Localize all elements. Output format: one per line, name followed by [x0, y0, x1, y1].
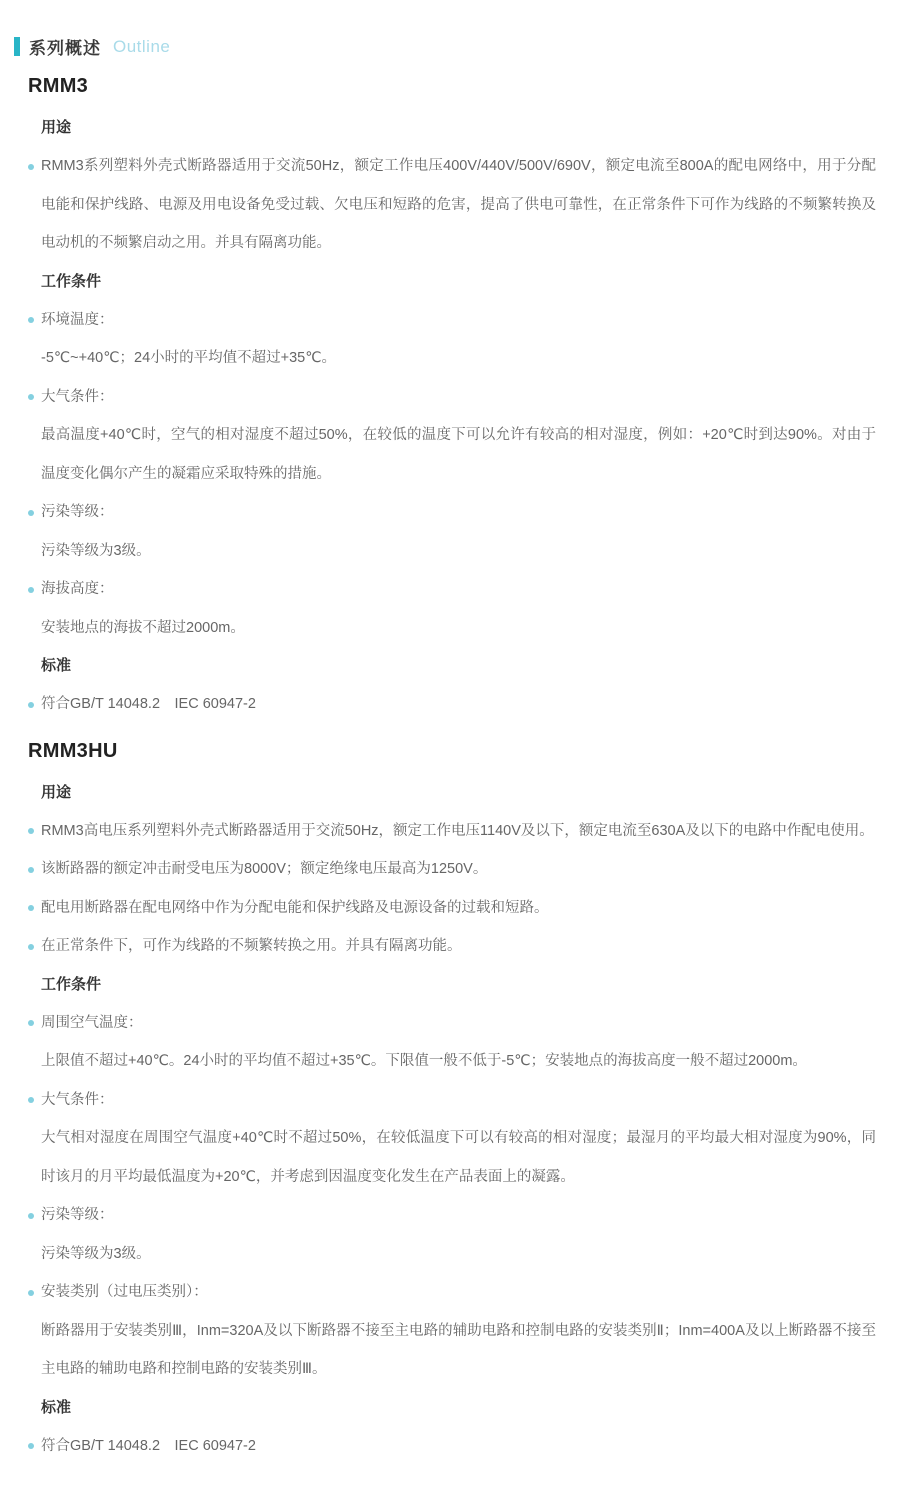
block-text: 大气条件： [41, 389, 114, 405]
bullet-item: RMM3高电压系列塑料外壳式断路器适用于交流50Hz，额定工作电压1140V及以… [14, 812, 878, 851]
bullet-dot-icon [28, 905, 34, 911]
block-text: 海拔高度： [41, 581, 114, 597]
block-text: 大气相对湿度在周围空气温度+40℃时不超过50%，在较低温度下可以有较高的相对湿… [41, 1130, 876, 1185]
paragraph: 大气相对湿度在周围空气温度+40℃时不超过50%，在较低温度下可以有较高的相对湿… [14, 1119, 878, 1196]
block-text: 污染等级： [41, 504, 114, 520]
bullet-item: 在正常条件下，可作为线路的不频繁转换之用。并具有隔离功能。 [14, 927, 878, 966]
bullet-item: 污染等级： [14, 493, 878, 532]
block-text: 污染等级： [41, 1207, 114, 1223]
paragraph: 最高温度+40℃时，空气的相对湿度不超过50%，在较低的温度下可以允许有较高的相… [14, 416, 878, 493]
section-title-zh: 系列概述 [29, 34, 101, 59]
section-header: 系列概述 Outline [14, 34, 878, 59]
bullet-dot-icon [28, 317, 34, 323]
block-text: -5℃~+40℃；24小时的平均值不超过+35℃。 [41, 350, 336, 366]
subheading: 用途 [14, 109, 878, 147]
subheading: 用途 [14, 774, 878, 812]
subheading: 标准 [14, 1389, 878, 1427]
block-text: RMM3高电压系列塑料外壳式断路器适用于交流50Hz，额定工作电压1140V及以… [41, 823, 874, 839]
subheading: 工作条件 [14, 263, 878, 301]
bullet-item: 污染等级： [14, 1196, 878, 1235]
paragraph: 断路器用于安装类别Ⅲ，Inm=320A及以下断路器不接至主电路的辅助电路和控制电… [14, 1312, 878, 1389]
bullet-dot-icon [28, 587, 34, 593]
bullet-dot-icon [28, 1443, 34, 1449]
block-text: RMM3系列塑料外壳式断路器适用于交流50Hz，额定工作电压400V/440V/… [41, 158, 876, 251]
accent-bar-icon [14, 37, 20, 56]
block-text: 最高温度+40℃时，空气的相对湿度不超过50%，在较低的温度下可以允许有较高的相… [41, 427, 876, 482]
bullet-item: 周围空气温度： [14, 1004, 878, 1043]
block-text: 安装类别（过电压类别）： [41, 1284, 208, 1300]
bullet-dot-icon [28, 1020, 34, 1026]
bullet-item: 符合GB/T 14048.2 IEC 60947-2 [14, 1427, 878, 1466]
bullet-item: 大气条件： [14, 378, 878, 417]
bullet-dot-icon [28, 944, 34, 950]
bullet-item: 大气条件： [14, 1081, 878, 1120]
block-text: 周围空气温度： [41, 1015, 143, 1031]
product-title: RMM3 [14, 71, 878, 101]
bullet-dot-icon [28, 1097, 34, 1103]
block-text: 符合GB/T 14048.2 IEC 60947-2 [41, 1438, 256, 1454]
document-content: RMM3用途RMM3系列塑料外壳式断路器适用于交流50Hz，额定工作电压400V… [14, 71, 878, 1465]
block-text: 配电用断路器在配电网络中作为分配电能和保护线路及电源设备的过载和短路。 [41, 900, 549, 916]
paragraph: 污染等级为3级。 [14, 1235, 878, 1274]
block-text: 在正常条件下，可作为线路的不频繁转换之用。并具有隔离功能。 [41, 938, 462, 954]
block-text: 污染等级为3级。 [41, 543, 151, 559]
paragraph: 污染等级为3级。 [14, 532, 878, 571]
bullet-dot-icon [28, 394, 34, 400]
bullet-item: 该断路器的额定冲击耐受电压为8000V；额定绝缘电压最高为1250V。 [14, 850, 878, 889]
block-text: 环境温度： [41, 312, 114, 328]
product-title: RMM3HU [14, 736, 878, 766]
bullet-dot-icon [28, 1213, 34, 1219]
bullet-dot-icon [28, 1290, 34, 1296]
block-text: 污染等级为3级。 [41, 1246, 151, 1262]
document-page: 系列概述 Outline RMM3用途RMM3系列塑料外壳式断路器适用于交流50… [0, 0, 900, 1495]
bullet-item: 海拔高度： [14, 570, 878, 609]
subheading: 标准 [14, 647, 878, 685]
block-text: 上限值不超过+40℃。24小时的平均值不超过+35℃。下限值一般不低于-5℃；安… [41, 1053, 807, 1069]
block-text: 安装地点的海拔不超过2000m。 [41, 620, 245, 636]
block-text: 断路器用于安装类别Ⅲ，Inm=320A及以下断路器不接至主电路的辅助电路和控制电… [41, 1323, 876, 1378]
paragraph: -5℃~+40℃；24小时的平均值不超过+35℃。 [14, 339, 878, 378]
bullet-item: 配电用断路器在配电网络中作为分配电能和保护线路及电源设备的过载和短路。 [14, 889, 878, 928]
paragraph: 安装地点的海拔不超过2000m。 [14, 609, 878, 648]
subheading: 工作条件 [14, 966, 878, 1004]
paragraph: 上限值不超过+40℃。24小时的平均值不超过+35℃。下限值一般不低于-5℃；安… [14, 1042, 878, 1081]
bullet-dot-icon [28, 510, 34, 516]
bullet-item: 环境温度： [14, 301, 878, 340]
block-text: 该断路器的额定冲击耐受电压为8000V；额定绝缘电压最高为1250V。 [41, 861, 487, 877]
bullet-item: 安装类别（过电压类别）： [14, 1273, 878, 1312]
block-text: 符合GB/T 14048.2 IEC 60947-2 [41, 696, 256, 712]
bullet-item: RMM3系列塑料外壳式断路器适用于交流50Hz，额定工作电压400V/440V/… [14, 147, 878, 263]
bullet-dot-icon [28, 867, 34, 873]
bullet-item: 符合GB/T 14048.2 IEC 60947-2 [14, 685, 878, 724]
bullet-dot-icon [28, 828, 34, 834]
section-title-en: Outline [113, 37, 170, 57]
bullet-dot-icon [28, 702, 34, 708]
block-text: 大气条件： [41, 1092, 114, 1108]
bullet-dot-icon [28, 164, 34, 170]
